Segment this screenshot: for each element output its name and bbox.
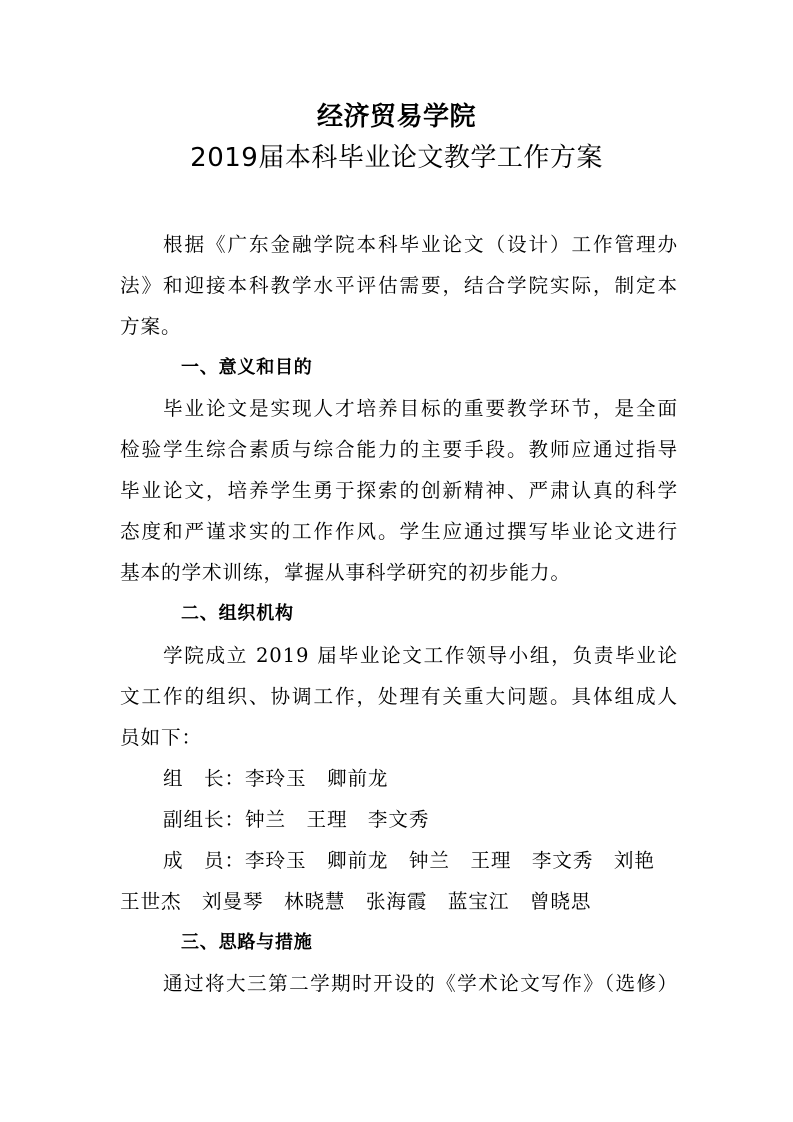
section2-line-2: 文工作的组织、协调工作，处理有关重大问题。具体组成人 [120, 685, 678, 709]
section-heading-purpose: 一、意义和目的 [181, 356, 313, 380]
members-line-1: 成 员：李玲玉 卿前龙 钟兰 王理 李文秀 刘艳 [163, 849, 655, 873]
section-heading-approach: 三、思路与措施 [181, 931, 313, 955]
section2-line-3: 员如下： [120, 726, 680, 750]
deputy-leader-line: 副组长：钟兰 王理 李文秀 [163, 808, 429, 832]
members-line-2: 王世杰 刘曼琴 林晓慧 张海霞 蓝宝江 曾晓思 [120, 890, 591, 914]
section1-line-1: 毕业论文是实现人才培养目标的重要教学环节，是全面 [163, 397, 678, 421]
document-title-college: 经济贸易学院 [0, 102, 793, 132]
document-title-plan: 2019届本科毕业论文教学工作方案 [0, 143, 793, 173]
intro-paragraph-line-1: 根据《广东金融学院本科毕业论文（设计）工作管理办 [163, 233, 678, 257]
intro-paragraph-line-2: 法》和迎接本科教学水平评估需要，结合学院实际，制定本 [120, 274, 678, 298]
section1-line-4: 态度和严谨求实的工作作风。学生应通过撰写毕业论文进行 [120, 520, 678, 544]
group-leader-line: 组 长：李玲玉 卿前龙 [163, 767, 388, 791]
section2-line-1: 学院成立 2019 届毕业论文工作领导小组，负责毕业论 [163, 644, 678, 668]
section1-line-5: 基本的学术训练，掌握从事科学研究的初步能力。 [120, 561, 680, 585]
section3-line-1: 通过将大三第二学期时开设的《学术论文写作》（选修） [163, 972, 678, 996]
section1-line-2: 检验学生综合素质与综合能力的主要手段。教师应通过指导 [120, 438, 678, 462]
intro-paragraph-line-3: 方案。 [120, 315, 680, 339]
section-heading-organization: 二、组织机构 [181, 602, 294, 626]
section1-line-3: 毕业论文，培养学生勇于探索的创新精神、严肃认真的科学 [120, 479, 678, 503]
